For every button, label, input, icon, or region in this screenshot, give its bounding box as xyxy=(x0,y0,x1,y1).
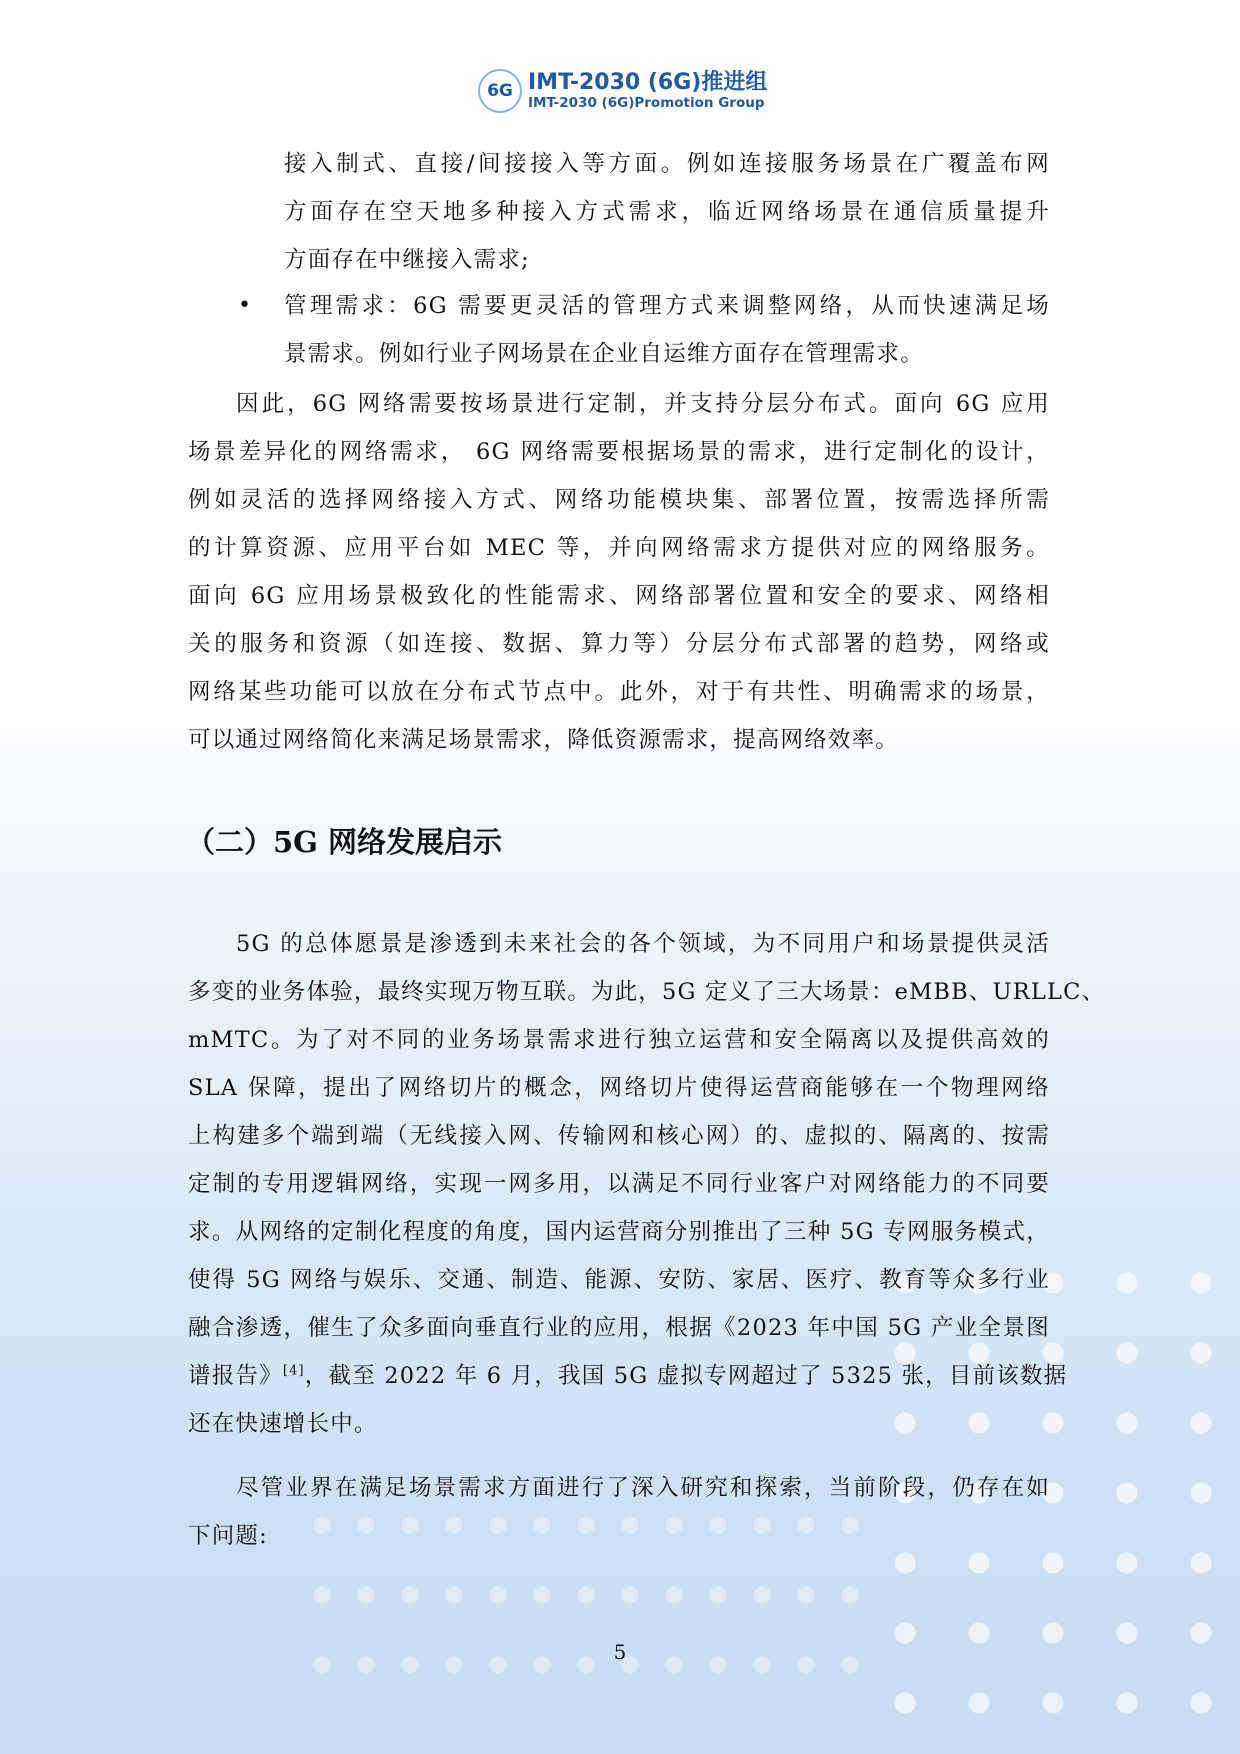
text-line: mMTC。为了对不同的业务场景需求进行独立运营和安全隔离以及提供高效的 xyxy=(188,1016,1050,1064)
text-line: 方面存在中继接入需求; xyxy=(284,236,1050,284)
text-line: 尽管业界在满足场景需求方面进行了深入研究和探索，当前阶段，仍存在如 xyxy=(188,1464,1050,1512)
text-line: 的计算资源、应用平台如 MEC 等，并向网络需求方提供对应的网络服务。 xyxy=(188,524,1050,572)
text-line: 求。从网络的定制化程度的角度，国内运营商分别推出了三种 5G 专网服务模式， xyxy=(188,1208,1050,1256)
page-number: 5 xyxy=(0,1640,1240,1664)
text-line: SLA 保障，提出了网络切片的概念，网络切片使得运营商能够在一个物理网络 xyxy=(188,1064,1050,1112)
text-line: 场景差异化的网络需求， 6G 网络需要根据场景的需求，进行定制化的设计， xyxy=(188,428,1050,476)
text-line: 多变的业务体验，最终实现万物互联。为此，5G 定义了三大场景：eMBB、URLL… xyxy=(188,968,1050,1016)
citation-ref-link[interactable]: [4] xyxy=(283,1364,305,1379)
text-fragment: 谱报告》 xyxy=(188,1363,283,1389)
text-line: 5G 的总体愿景是渗透到未来社会的各个领域，为不同用户和场景提供灵活 xyxy=(188,920,1050,968)
paragraph-problems-intro: 尽管业界在满足场景需求方面进行了深入研究和探索，当前阶段，仍存在如 下问题: xyxy=(188,1464,1050,1560)
text-line: 下问题: xyxy=(188,1512,1050,1560)
text-line: 面向 6G 应用场景极致化的性能需求、网络部署位置和安全的要求、网络相 xyxy=(188,572,1050,620)
text-line: 方面存在空天地多种接入方式需求，临近网络场景在通信质量提升 xyxy=(284,188,1050,236)
text-line: 景需求。例如行业子网场景在企业自运维方面存在管理需求。 xyxy=(284,330,1050,378)
text-line-citation: 谱报告》[4]，截至 2022 年 6 月，我国 5G 虚拟专网超过了 5325… xyxy=(188,1352,1050,1400)
text-line: 例如灵活的选择网络接入方式、网络功能模块集、部署位置，按需选择所需 xyxy=(188,476,1050,524)
text-line: 可以通过网络简化来满足场景需求，降低资源需求，提高网络效率。 xyxy=(188,716,1050,764)
text-line: 管理需求：6G 需要更灵活的管理方式来调整网络，从而快速满足场 xyxy=(284,282,1050,330)
text-line: 上构建多个端到端（无线接入网、传输网和核心网）的、虚拟的、隔离的、按需 xyxy=(188,1112,1050,1160)
text-line: 还在快速增长中。 xyxy=(188,1400,1050,1448)
paragraph-5g-insights: 5G 的总体愿景是渗透到未来社会的各个领域，为不同用户和场景提供灵活 多变的业务… xyxy=(188,920,1050,1448)
text-line: 融合渗透，催生了众多面向垂直行业的应用，根据《2023 年中国 5G 产业全景图 xyxy=(188,1304,1050,1352)
text-line: 接入制式、直接/间接接入等方面。例如连接服务场景在广覆盖布网 xyxy=(284,140,1050,188)
page-header: 6G IMT-2030 (6G)推进组 IMT-2030 (6G)Promoti… xyxy=(478,66,767,116)
text-line: 网络某些功能可以放在分布式节点中。此外，对于有共性、明确需求的场景， xyxy=(188,668,1050,716)
text-line: 使得 5G 网络与娱乐、交通、制造、能源、安防、家居、医疗、教育等众多行业 xyxy=(188,1256,1050,1304)
imt2030-logo-icon: 6G xyxy=(478,69,522,113)
header-title-en: IMT-2030 (6G)Promotion Group xyxy=(528,97,767,111)
bullet-marker: • xyxy=(238,282,252,330)
text-line: 关的服务和资源（如连接、数据、算力等）分层分布式部署的趋势，网络或 xyxy=(188,620,1050,668)
section-heading: （二）5G 网络发展启示 xyxy=(186,820,502,861)
paragraph-customization: 因此，6G 网络需要按场景进行定制，并支持分层分布式。面向 6G 应用 场景差异… xyxy=(188,380,1050,764)
bullet-access-continuation: 接入制式、直接/间接接入等方面。例如连接服务场景在广覆盖布网 方面存在空天地多种… xyxy=(284,140,1050,284)
text-fragment: ，截至 2022 年 6 月，我国 5G 虚拟专网超过了 5325 张，目前该数… xyxy=(305,1363,1068,1389)
text-line: 定制的专用逻辑网络，实现一网多用，以满足不同行业客户对网络能力的不同要 xyxy=(188,1160,1050,1208)
bullet-management: 管理需求：6G 需要更灵活的管理方式来调整网络，从而快速满足场 景需求。例如行业… xyxy=(284,282,1050,378)
text-line: 因此，6G 网络需要按场景进行定制，并支持分层分布式。面向 6G 应用 xyxy=(188,380,1050,428)
header-title-cn: IMT-2030 (6G)推进组 xyxy=(528,72,767,94)
